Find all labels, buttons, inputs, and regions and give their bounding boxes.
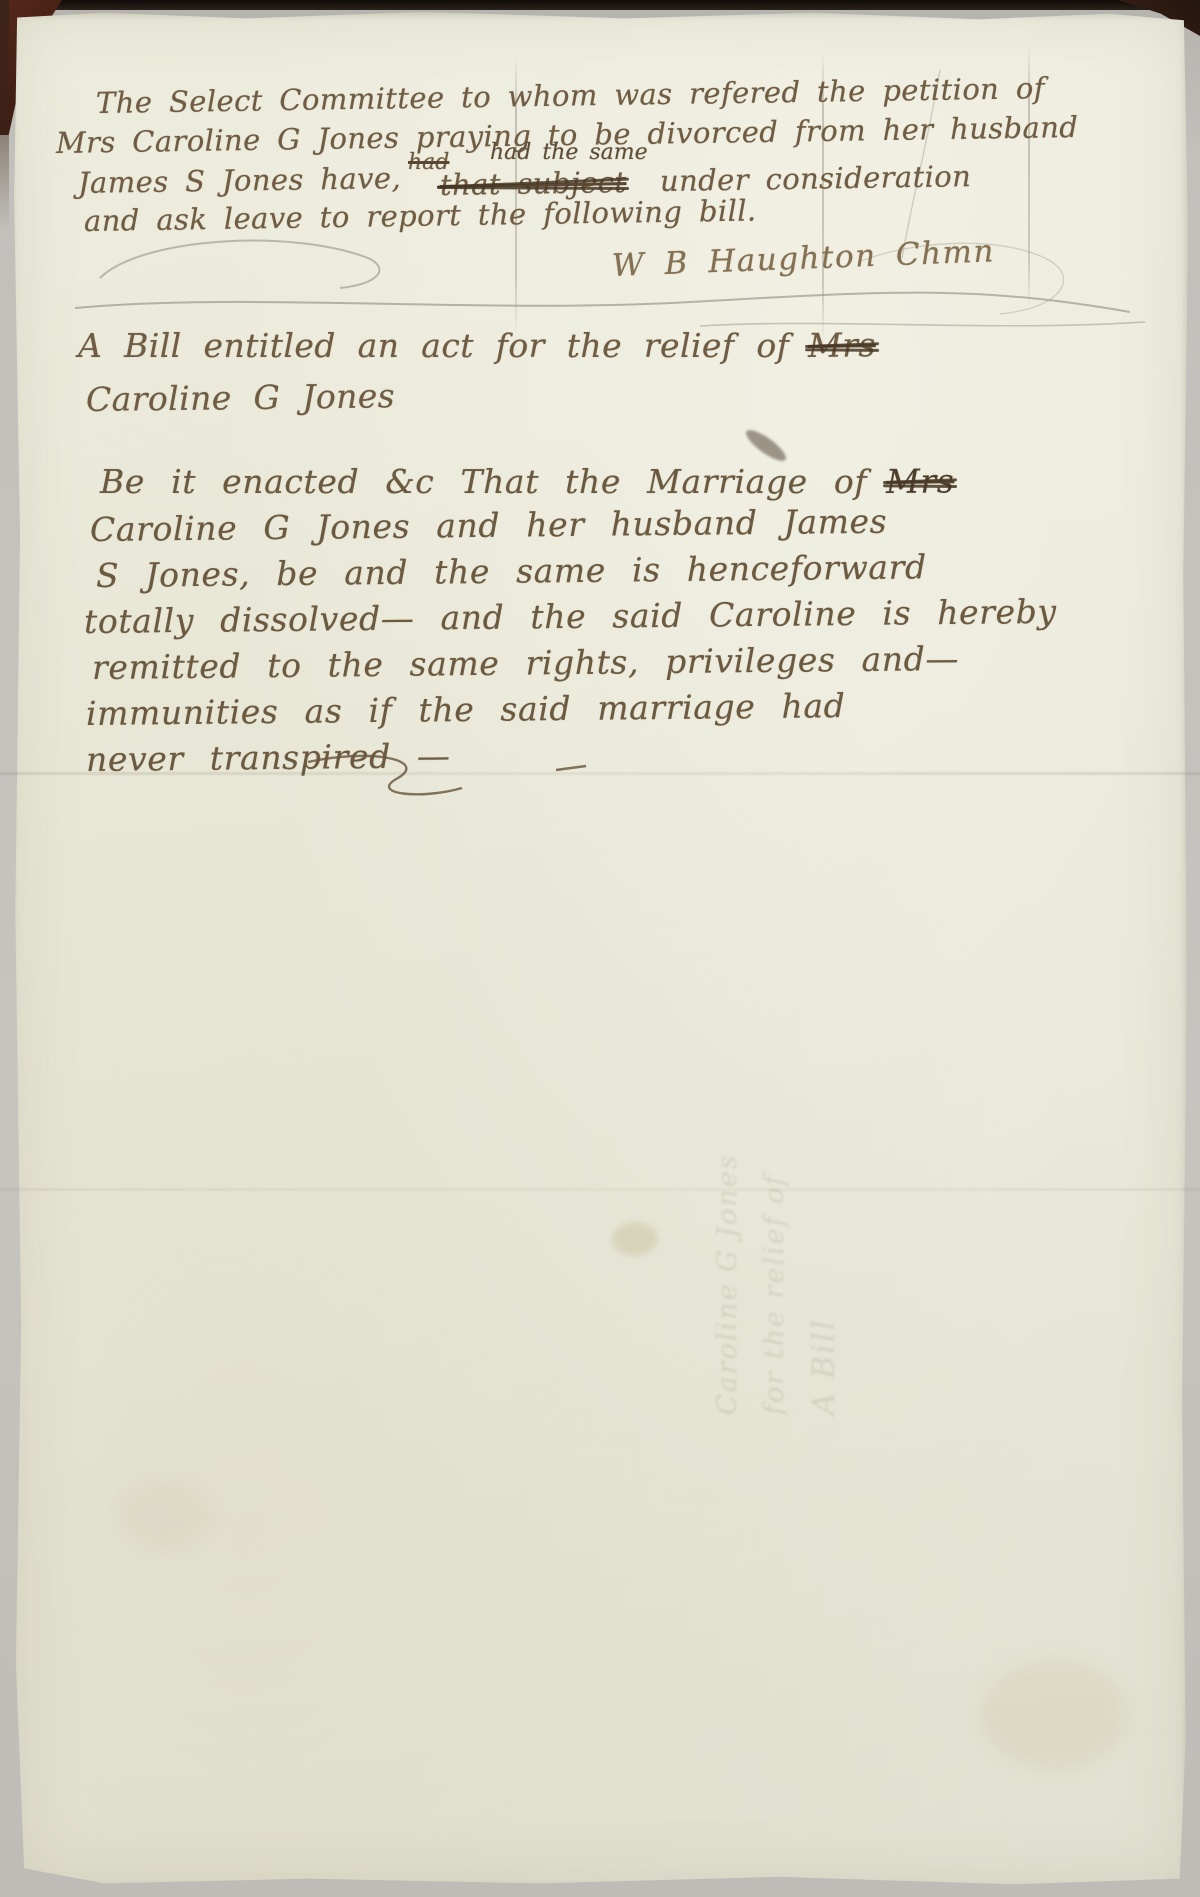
manuscript-scan: Caroline G Jones for the relief of A Bil… (0, 0, 1200, 1897)
bill-title-line-2: Caroline G Jones (86, 376, 395, 419)
verso-showthrough-text: Caroline G Jones for the relief of A Bil… (712, 935, 942, 1415)
enacting-line-1: Be it enacted &c That the Marriage of Mr… (100, 462, 955, 501)
interlinear-insertion: had the same (490, 140, 648, 165)
struck-word-mrs: Mrs (808, 325, 876, 365)
report-line-3-end: under consideration (660, 159, 972, 198)
enacting-line-6: immunities as if the said marriage had (86, 686, 846, 733)
scanner-backing-left-edge (0, 0, 9, 230)
bill-title-line-1: A Bill entitled an act for the relief of… (78, 326, 876, 365)
bill-title-text: A Bill entitled an act for the relief of (78, 326, 789, 365)
paper-fold-crease (0, 1188, 1200, 1191)
verso-line: Caroline G Jones (712, 935, 743, 1415)
scanner-backing-top-edge (0, 0, 1200, 10)
verso-line: for the relief of (759, 935, 790, 1415)
report-line-3-start: James S Jones have, (78, 161, 402, 200)
manuscript-page (10, 9, 1191, 1889)
enacting-line-7: never transpired — (86, 736, 451, 779)
struck-word-mrs: Mrs (886, 461, 955, 501)
enacting-line-2: Caroline G Jones and her husband James (90, 502, 888, 549)
enacting-line-1-text: Be it enacted &c That the Marriage of (100, 462, 867, 501)
verso-line: A Bill (806, 935, 842, 1415)
